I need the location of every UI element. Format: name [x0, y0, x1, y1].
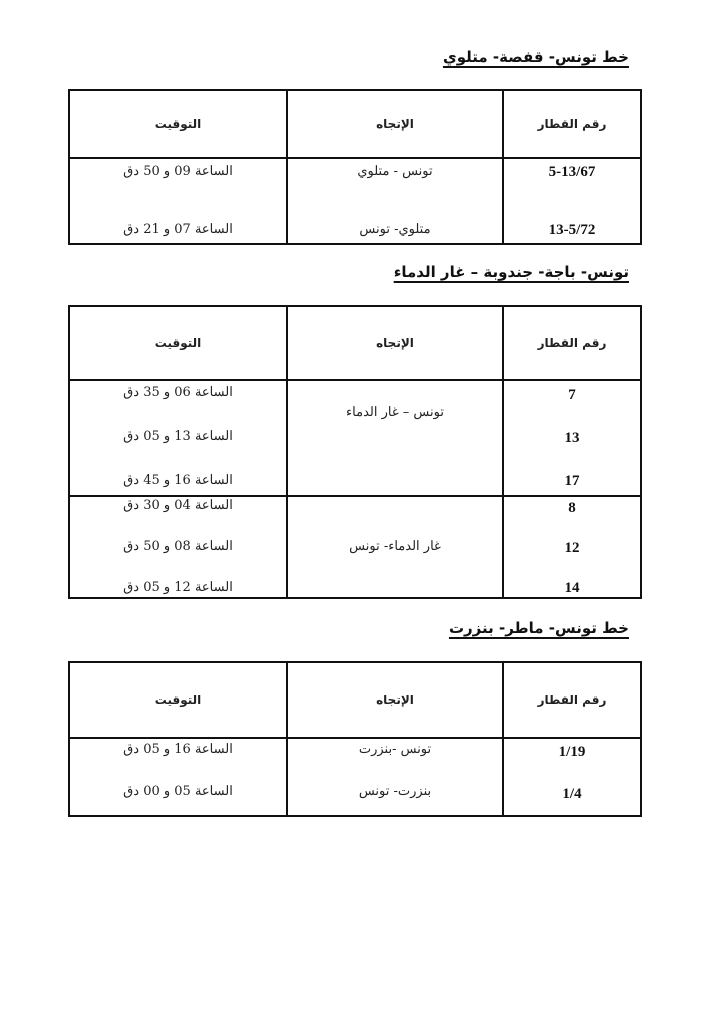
table-header-row: التوقيت الإتجاه رقم القطار [69, 662, 641, 738]
schedule-table-tunis-bizerte: التوقيت الإتجاه رقم القطار الساعة 16 و 0… [68, 661, 642, 817]
train-number: 14 [565, 579, 580, 597]
departure-time: الساعة 12 و 05 دق [123, 579, 233, 597]
departure-time: الساعة 16 و 45 دق [123, 472, 233, 490]
header-timing: التوقيت [69, 306, 287, 380]
direction-text: غار الدماء- تونس [349, 538, 441, 556]
train-number-cell: 1/19 1/4 [503, 738, 641, 816]
direction-text: بنزرت- تونس [359, 783, 431, 801]
section-title-tunis-gafsa-metlaoui: خط تونس- قفصة- متلوي [443, 48, 629, 66]
header-timing: التوقيت [69, 90, 287, 158]
train-number: 8 [568, 499, 576, 517]
direction-text: تونس – غار الدماء [346, 404, 444, 422]
table-row-group: الساعة 04 و 30 دق الساعة 08 و 50 دق السا… [69, 496, 641, 598]
train-number: 1/19 [559, 743, 586, 761]
train-number-cell: 8 12 14 [503, 496, 641, 598]
departure-time: الساعة 09 و 50 دق [123, 163, 233, 181]
direction-cell: تونس – غار الدماء [287, 380, 503, 496]
direction-cell: تونس - متلوي متلوي- تونس [287, 158, 503, 244]
section-title-tunis-beja-jendouba-ghardimaou: تونس- باجة- جندوبة – غار الدماء [394, 263, 629, 281]
train-number-cell: 5-13/67 13-5/72 [503, 158, 641, 244]
departure-time: الساعة 06 و 35 دق [123, 384, 233, 402]
train-number: 13 [565, 429, 580, 447]
departure-time: الساعة 05 و 00 دق [123, 783, 233, 801]
timing-cell: الساعة 09 و 50 دق الساعة 07 و 21 دق [69, 158, 287, 244]
direction-text: تونس - متلوي [357, 163, 432, 181]
section-title-tunis-mateur-bizerte: خط تونس- ماطر- بنزرت [449, 619, 629, 637]
train-number: 1/4 [562, 785, 581, 803]
table-header-row: التوقيت الإتجاه رقم القطار [69, 90, 641, 158]
departure-time: الساعة 07 و 21 دق [123, 221, 233, 239]
departure-time: الساعة 13 و 05 دق [123, 428, 233, 446]
train-number-cell: 7 13 17 [503, 380, 641, 496]
train-number: 17 [565, 472, 580, 490]
table-row: الساعة 16 و 05 دق الساعة 05 و 00 دق تونس… [69, 738, 641, 816]
train-number: 7 [568, 386, 576, 404]
table-row-group: الساعة 06 و 35 دق الساعة 13 و 05 دق السا… [69, 380, 641, 496]
direction-text: متلوي- تونس [359, 221, 430, 239]
departure-time: الساعة 16 و 05 دق [123, 741, 233, 759]
header-direction: الإتجاه [287, 662, 503, 738]
table-row: الساعة 09 و 50 دق الساعة 07 و 21 دق تونس… [69, 158, 641, 244]
direction-cell: غار الدماء- تونس [287, 496, 503, 598]
timing-cell: الساعة 04 و 30 دق الساعة 08 و 50 دق السا… [69, 496, 287, 598]
header-train-number: رقم القطار [503, 662, 641, 738]
header-direction: الإتجاه [287, 306, 503, 380]
timing-cell: الساعة 16 و 05 دق الساعة 05 و 00 دق [69, 738, 287, 816]
header-direction: الإتجاه [287, 90, 503, 158]
schedule-table-tunis-metlaoui: التوقيت الإتجاه رقم القطار الساعة 09 و 5… [68, 89, 642, 245]
train-number: 5-13/67 [549, 163, 596, 181]
train-number: 13-5/72 [549, 221, 596, 239]
direction-text: تونس -بنزرت [359, 741, 431, 759]
header-timing: التوقيت [69, 662, 287, 738]
departure-time: الساعة 04 و 30 دق [123, 497, 233, 515]
timing-cell: الساعة 06 و 35 دق الساعة 13 و 05 دق السا… [69, 380, 287, 496]
table-header-row: التوقيت الإتجاه رقم القطار [69, 306, 641, 380]
header-train-number: رقم القطار [503, 306, 641, 380]
direction-cell: تونس -بنزرت بنزرت- تونس [287, 738, 503, 816]
train-number: 12 [565, 539, 580, 557]
schedule-table-tunis-ghardimaou: التوقيت الإتجاه رقم القطار الساعة 06 و 3… [68, 305, 642, 599]
header-train-number: رقم القطار [503, 90, 641, 158]
departure-time: الساعة 08 و 50 دق [123, 538, 233, 556]
